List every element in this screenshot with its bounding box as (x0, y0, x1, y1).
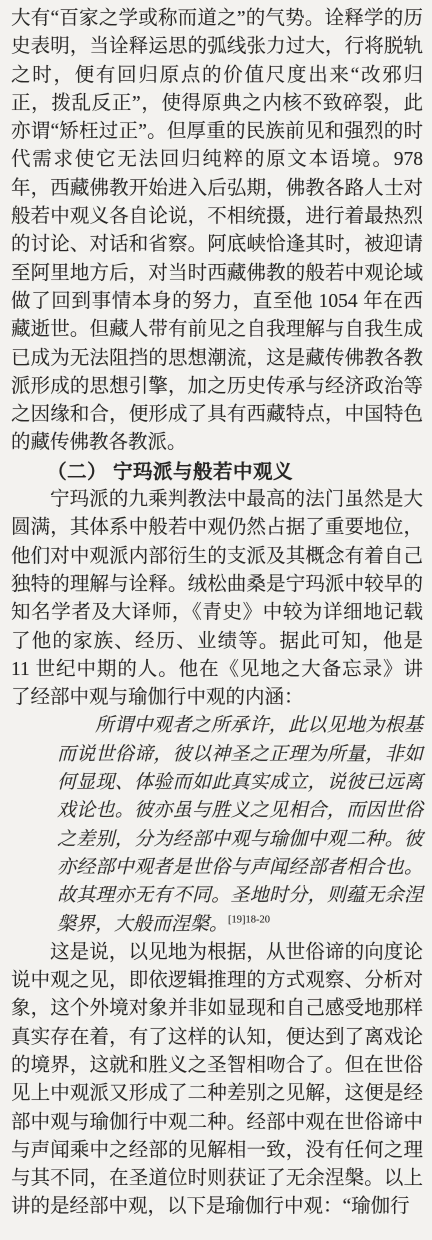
block-quote: 所谓中观者之所承许，此以见地为根基而说世俗谛，彼以神圣之正理为所量，非如何显现、… (57, 712, 423, 938)
paragraph-intro-ningma: 宁玛派的九乘判教法中最高的法门虽然是大圆满，其体系中般若中观仍然占据了重要地位，… (11, 486, 423, 712)
section-heading: （二） 宁玛派与般若中观义 (11, 458, 423, 486)
paragraph-explanation: 这是说，以见地为根据，从世俗谛的向度论说中观之见，即依逻辑推理的方式观察、分析对… (11, 939, 423, 1222)
scanned-paper-page: 大有“百家之学或称而道之”的气势。诠释学的历史表明，当诠释运思的弧线张力过大，行… (0, 0, 432, 1240)
paragraph-continued: 大有“百家之学或称而道之”的气势。诠释学的历史表明，当诠释运思的弧线张力过大，行… (11, 5, 423, 458)
quote-text: 所谓中观者之所承许，此以见地为根基而说世俗谛，彼以神圣之正理为所量，非如何显现、… (57, 715, 423, 934)
citation-superscript: [19]18-20 (228, 914, 270, 925)
